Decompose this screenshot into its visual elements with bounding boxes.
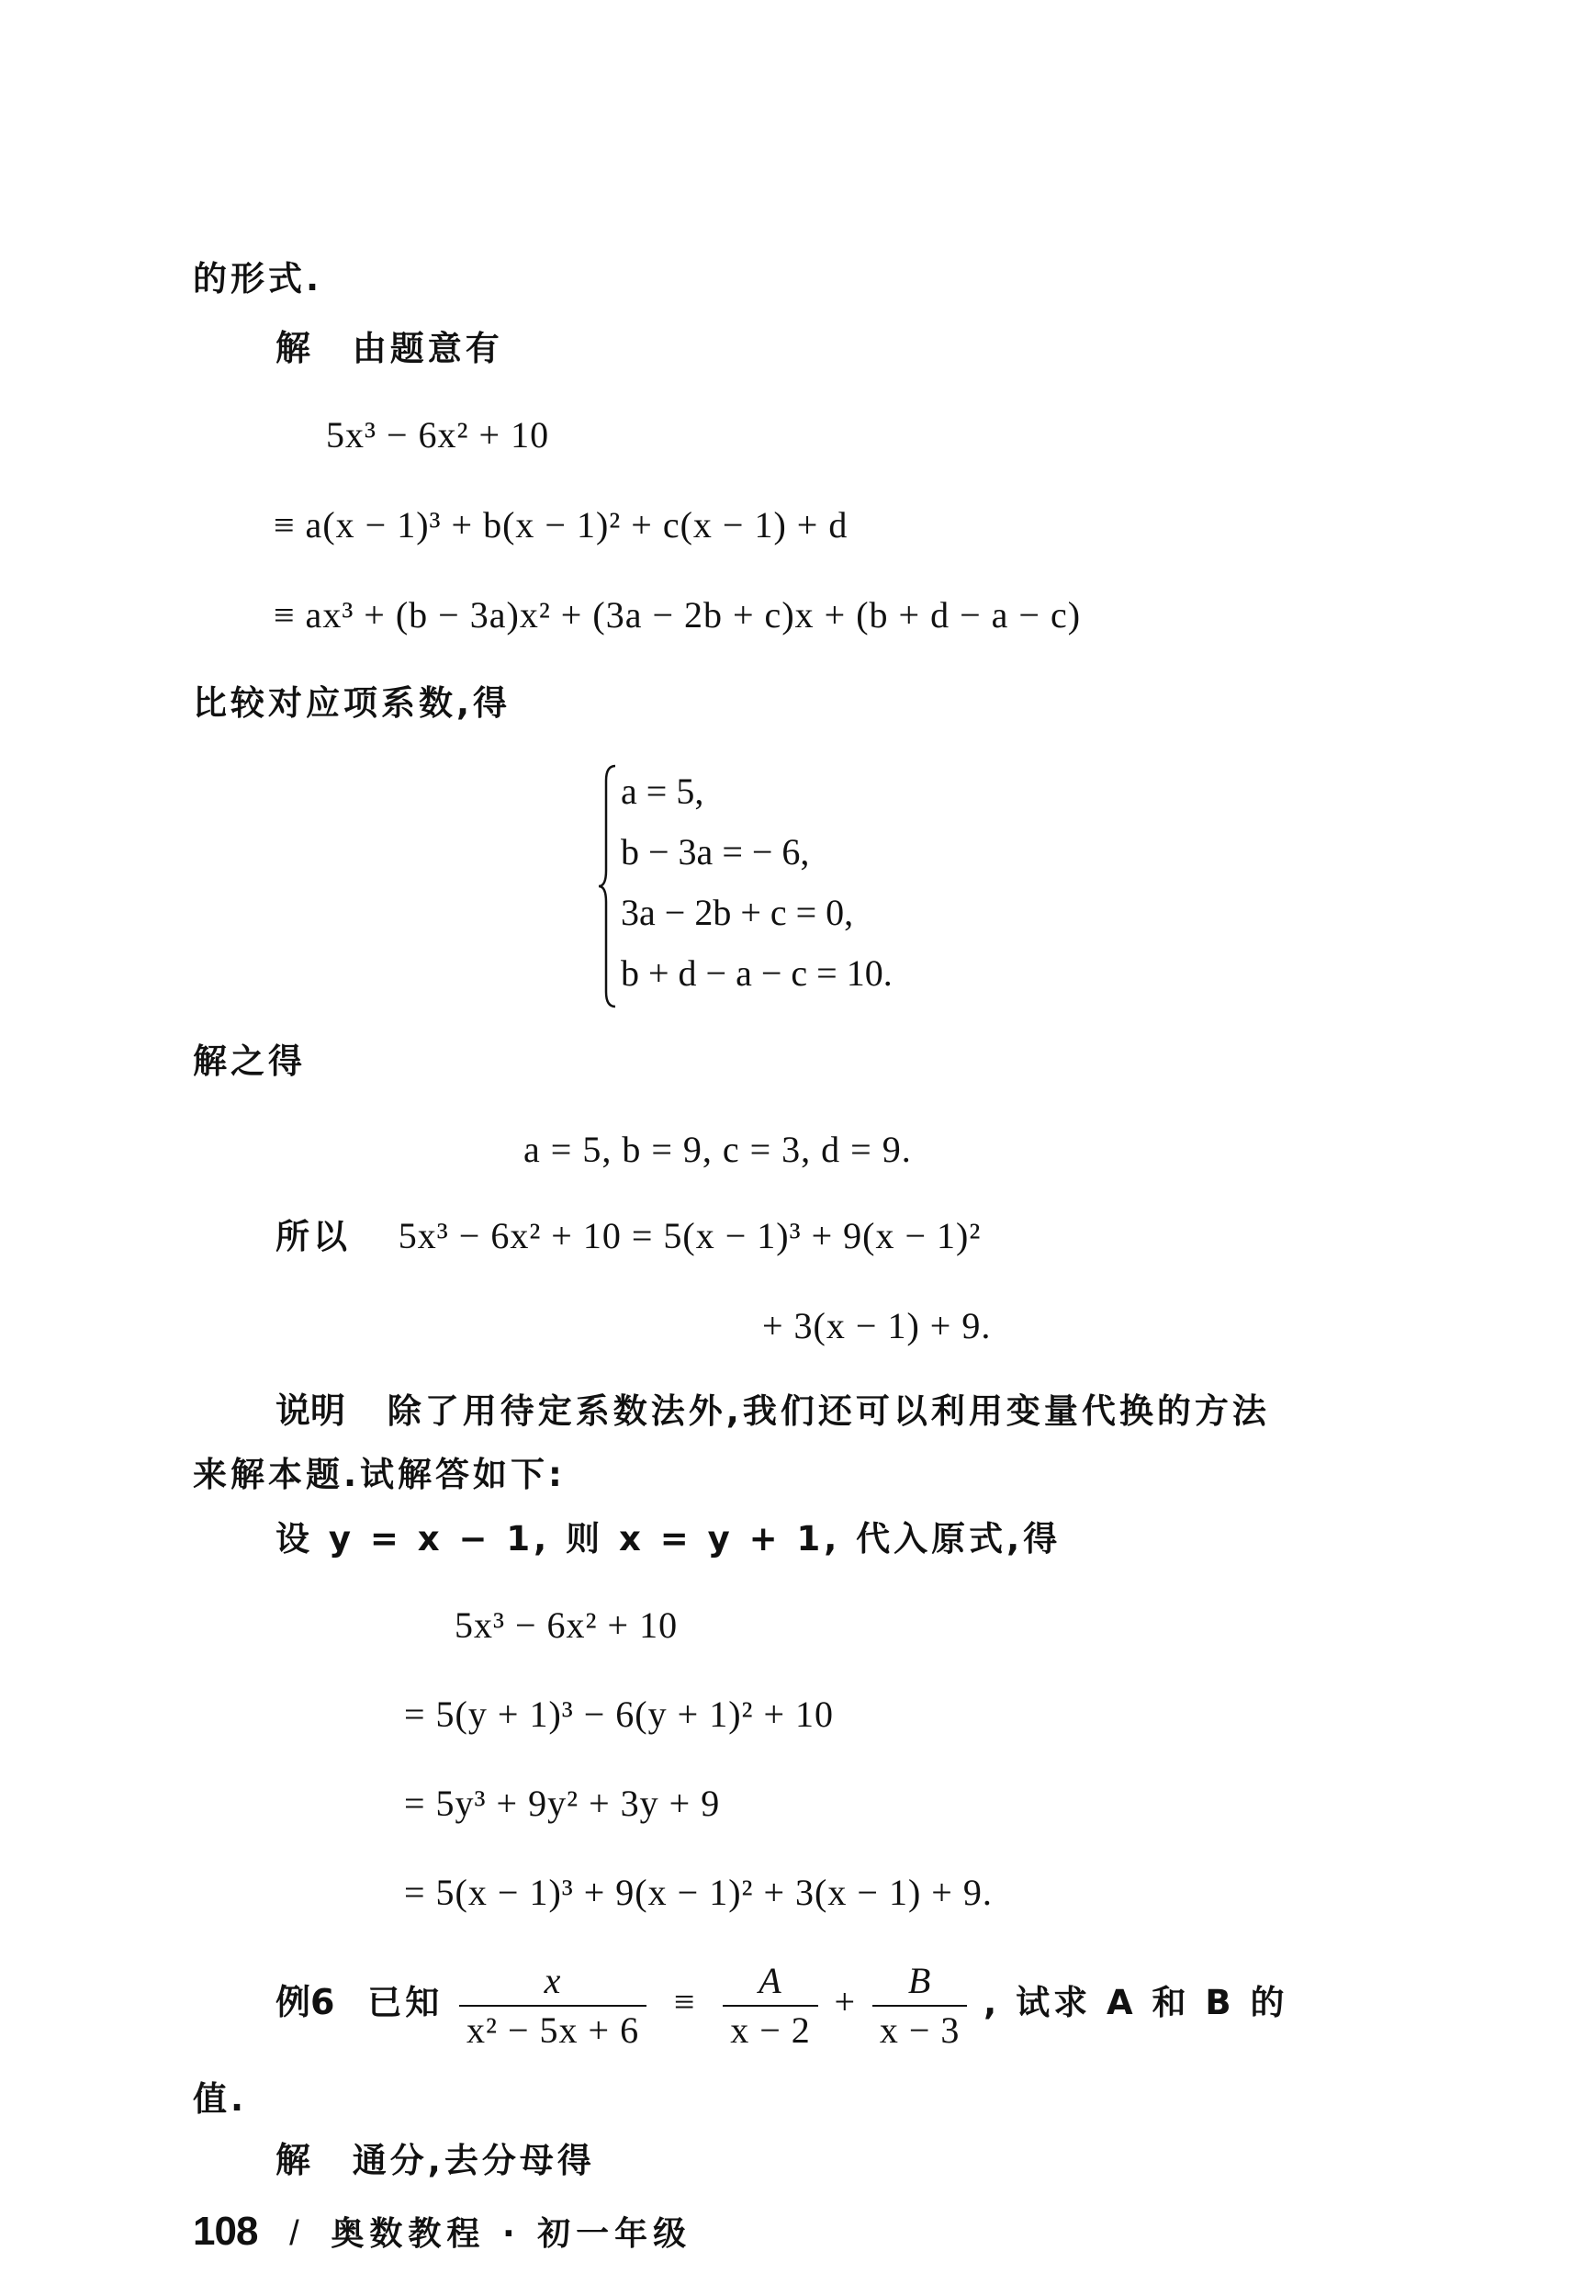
solution-values: a = 5, b = 9, c = 3, d = 9. bbox=[523, 1128, 912, 1172]
therefore-equation-2: + 3(x − 1) + 9. bbox=[762, 1304, 991, 1348]
example-solution-label: 解 bbox=[275, 2140, 310, 2180]
note-text-1: 除了用待定系数法外,我们还可以利用变量代换的方法 bbox=[388, 1391, 1270, 1431]
therefore-line: 所以 5x³ − 6x² + 10 = 5(x − 1)³ + 9(x − 1)… bbox=[275, 1214, 981, 1259]
fraction-a: A x − 2 bbox=[723, 1961, 818, 2051]
sub-step-4: = 5(x − 1)³ + 9(x − 1)² + 3(x − 1) + 9. bbox=[404, 1871, 993, 1915]
substitution-text: 设 y = x − 1, 则 x = y + 1, 代入原式,得 bbox=[275, 1517, 1061, 1561]
page-footer: 108 / 奥数教程 · 初一年级 bbox=[193, 2204, 691, 2262]
compare-text: 比较对应项系数,得 bbox=[193, 681, 511, 726]
example-label: 例6 bbox=[275, 1982, 334, 2022]
example-solution: 解 通分,去分母得 bbox=[275, 2138, 595, 2183]
example-tail-2: 值. bbox=[193, 2077, 247, 2122]
equation-system: a = 5, b − 3a = − 6, 3a − 2b + c = 0, b … bbox=[597, 762, 1240, 1010]
fraction-b-numerator: B bbox=[872, 1961, 968, 2007]
plus-sign: + bbox=[835, 1981, 857, 2022]
sub-step-3: = 5y³ + 9y² + 3y + 9 bbox=[404, 1782, 720, 1826]
note-text-2: 来解本题.试解答如下: bbox=[193, 1453, 566, 1497]
equation-line-3: ≡ ax³ + (b − 3a)x² + (3a − 2b + c)x + (b… bbox=[274, 593, 1081, 637]
system-eq-4: b + d − a − c = 10. bbox=[621, 951, 893, 996]
solution-label: 解 bbox=[275, 328, 310, 368]
therefore-label: 所以 bbox=[275, 1217, 351, 1256]
page-number: 108 bbox=[193, 2209, 257, 2254]
note-label: 说明 bbox=[275, 1390, 345, 1431]
example-solution-text: 通分,去分母得 bbox=[353, 2141, 595, 2180]
left-brace-icon bbox=[597, 762, 619, 1010]
note-line-1: 说明 除了用待定系数法外,我们还可以利用变量代换的方法 bbox=[275, 1389, 1270, 1434]
system-eq-3: 3a − 2b + c = 0, bbox=[621, 891, 853, 935]
fraction-main-denominator: x² − 5x + 6 bbox=[459, 2007, 646, 2051]
equation-line-2: ≡ a(x − 1)³ + b(x − 1)² + c(x − 1) + d bbox=[274, 503, 848, 547]
system-eq-1: a = 5, bbox=[621, 770, 703, 814]
footer-separator: / bbox=[289, 2214, 299, 2253]
book-title: 奥数教程 · 初一年级 bbox=[331, 2215, 691, 2253]
sub-step-1: 5x³ − 6x² + 10 bbox=[455, 1604, 678, 1648]
equiv-sign: ≡ bbox=[663, 1981, 707, 2022]
fraction-main-numerator: x bbox=[459, 1961, 646, 2007]
example-tail: , 试求 A 和 B 的 bbox=[983, 1983, 1287, 2022]
example-given: 已知 bbox=[367, 1983, 443, 2022]
fraction-a-numerator: A bbox=[723, 1961, 818, 2007]
continuation-text: 的形式. bbox=[193, 257, 322, 301]
fraction-a-denominator: x − 2 bbox=[723, 2007, 818, 2051]
fraction-b: B x − 3 bbox=[872, 1961, 968, 2051]
fraction-b-denominator: x − 3 bbox=[872, 2007, 968, 2051]
therefore-equation-1: 5x³ − 6x² + 10 = 5(x − 1)³ + 9(x − 1)² bbox=[399, 1215, 982, 1256]
solution-heading: 解 由题意有 bbox=[275, 326, 503, 371]
sub-step-2: = 5(y + 1)³ − 6(y + 1)² + 10 bbox=[404, 1693, 834, 1737]
solve-text: 解之得 bbox=[193, 1040, 306, 1084]
equation-lhs: 5x³ − 6x² + 10 bbox=[326, 413, 549, 457]
system-eq-2: b − 3a = − 6, bbox=[621, 830, 809, 874]
solution-intro: 由题意有 bbox=[353, 329, 503, 368]
example-6-statement: 例6 已知 x x² − 5x + 6 ≡ A x − 2 + B x − 3 … bbox=[275, 1956, 1287, 2051]
fraction-main: x x² − 5x + 6 bbox=[459, 1961, 646, 2051]
